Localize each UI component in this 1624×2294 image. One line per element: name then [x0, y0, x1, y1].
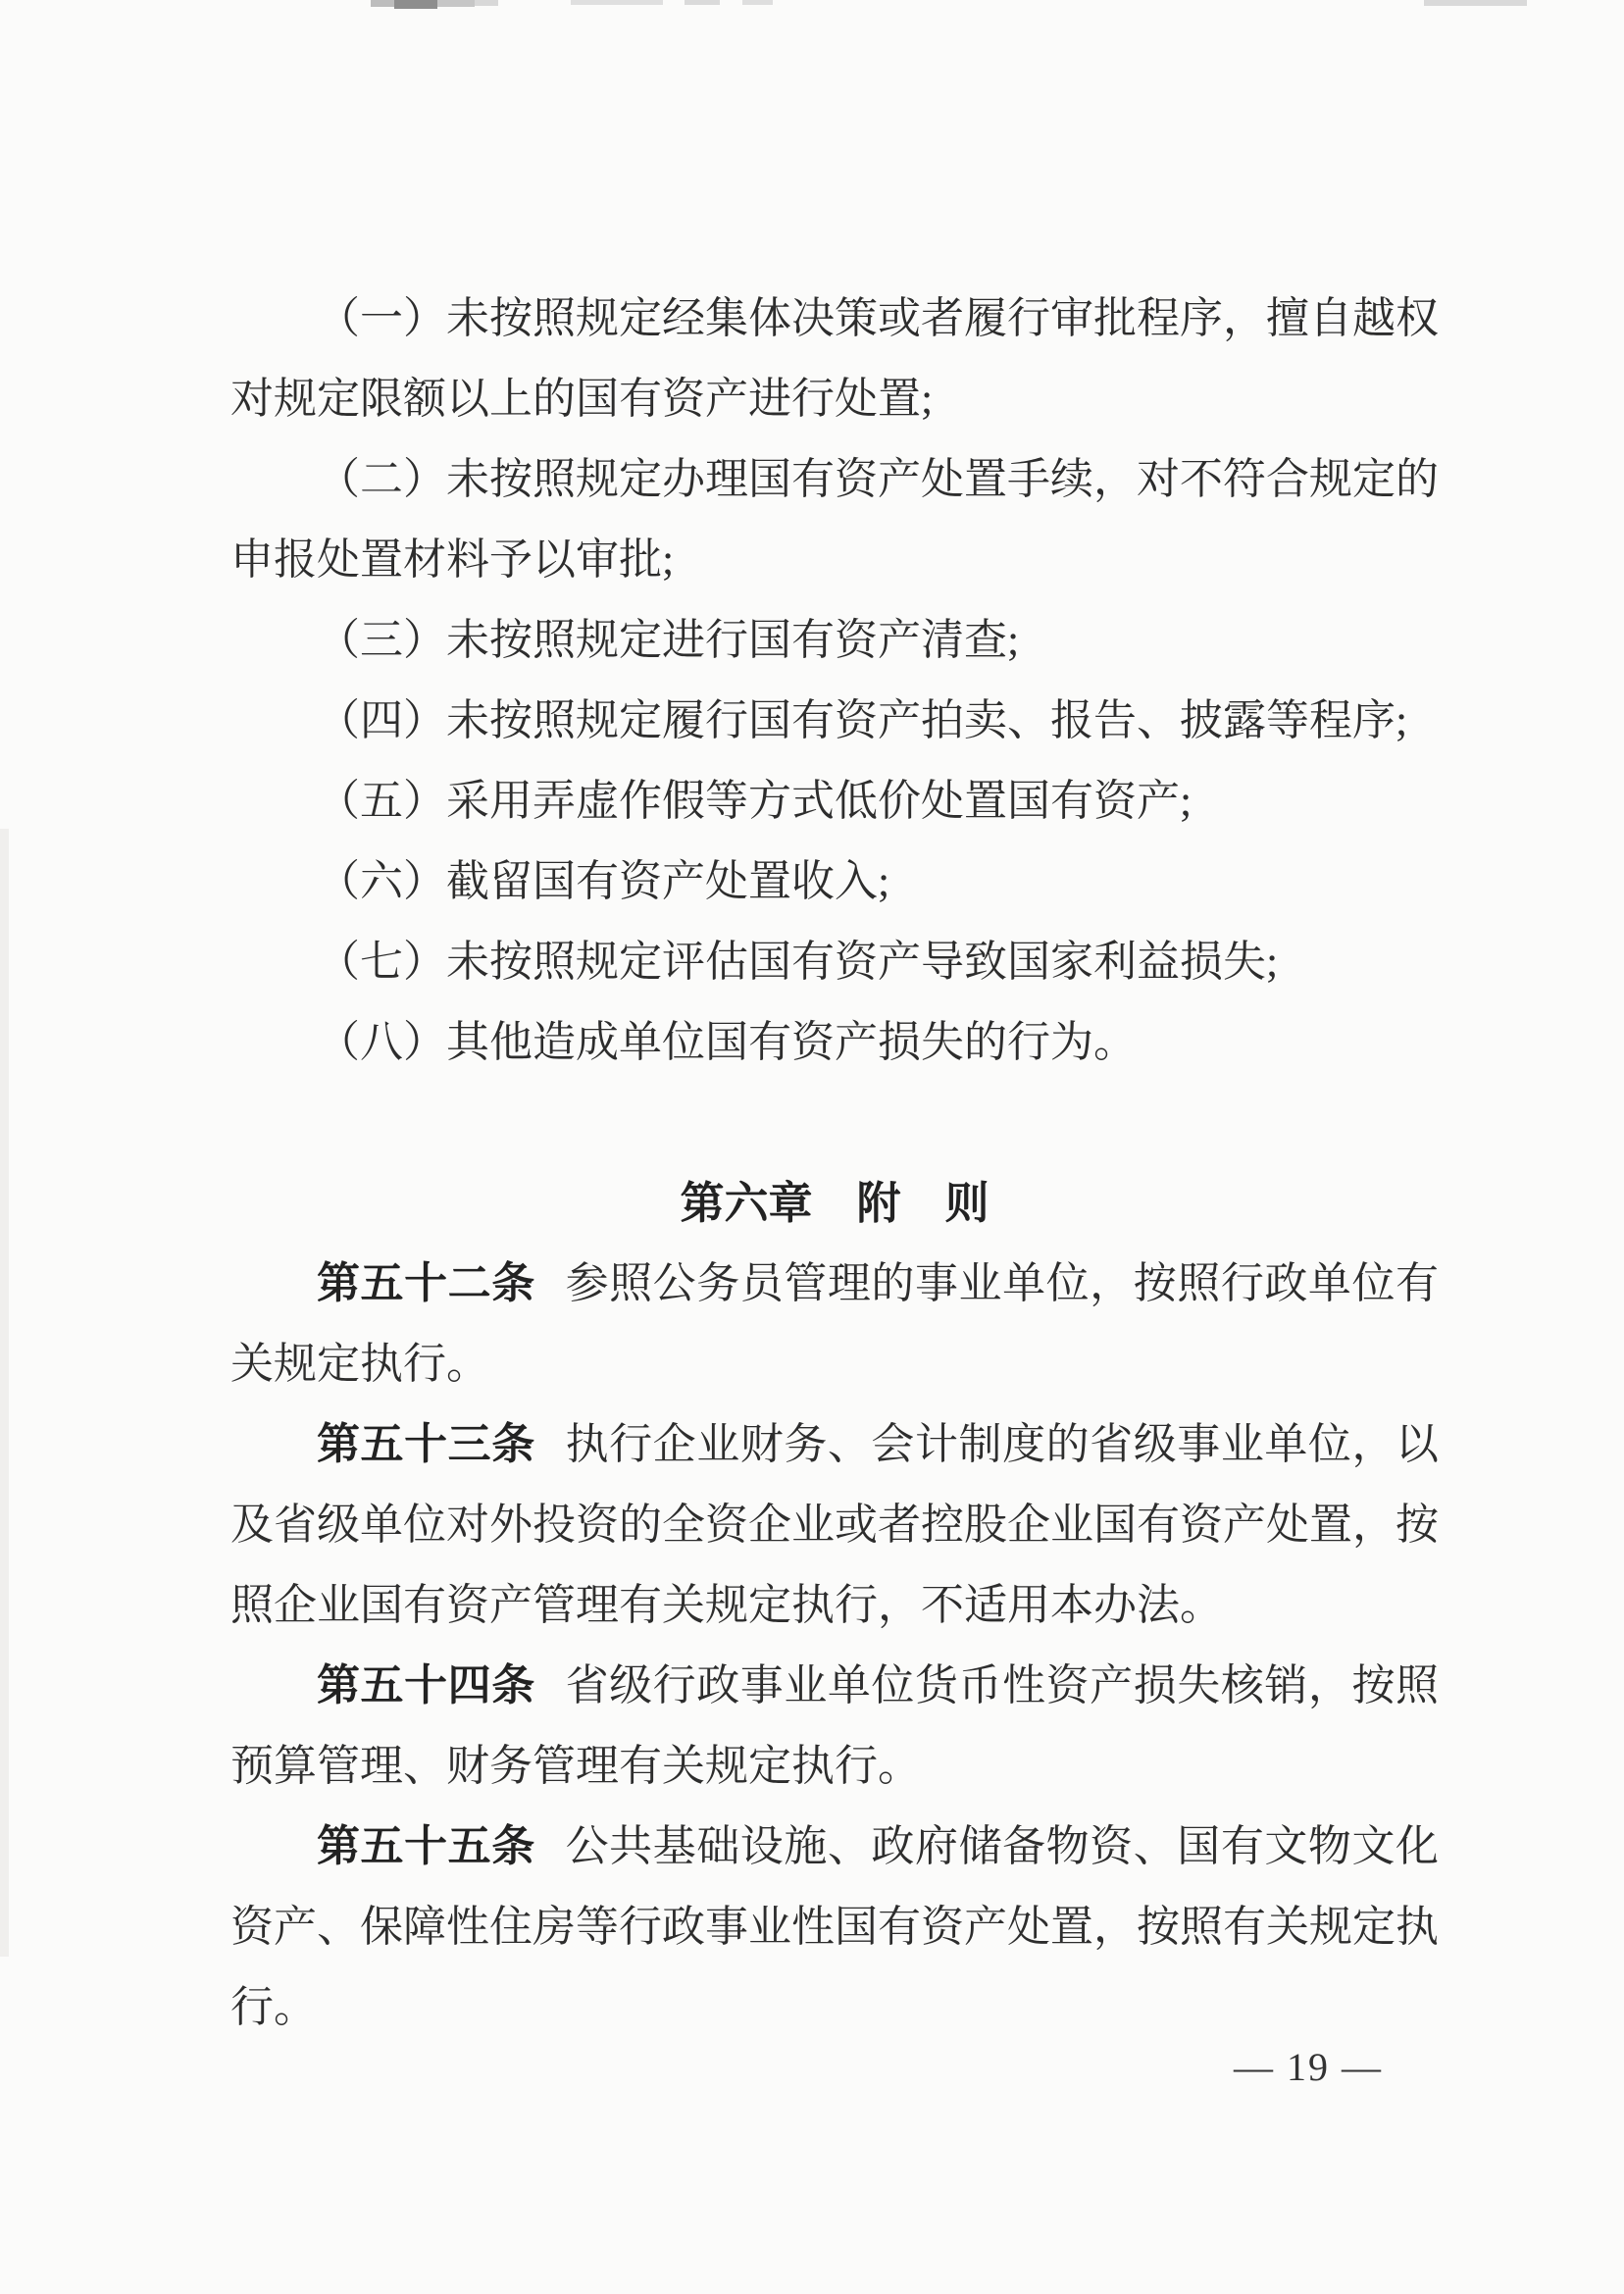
clause-paragraph-7: （七）未按照规定评估国有资产导致国家利益损失; [230, 922, 1439, 1002]
document-page: （一）未按照规定经集体决策或者履行审批程序，擅自越权对规定限额以上的国有资产进行… [0, 0, 1624, 2294]
chapter-heading: 第六章 附 则 [230, 1163, 1439, 1244]
clause-paragraph-1: （一）未按照规定经集体决策或者履行审批程序，擅自越权对规定限额以上的国有资产进行… [230, 279, 1439, 439]
clause-paragraph-2: （二）未按照规定办理国有资产处置手续，对不符合规定的申报处置材料予以审批; [230, 439, 1439, 600]
page-number: — 19 — [1234, 2046, 1383, 2089]
document-body: （一）未按照规定经集体决策或者履行审批程序，擅自越权对规定限额以上的国有资产进行… [230, 279, 1439, 2048]
scan-artifact [1424, 0, 1527, 6]
scan-artifact [685, 0, 720, 5]
scan-artifact [371, 0, 394, 7]
scan-artifact [742, 0, 773, 5]
article-number-label: 第五十三条 [317, 1420, 535, 1468]
article-paragraph-53: 第五十三条执行企业财务、会计制度的省级事业单位，以及省级单位对外投资的全资企业或… [230, 1404, 1439, 1646]
article-paragraph-52: 第五十二条参照公务员管理的事业单位，按照行政单位有关规定执行。 [230, 1244, 1439, 1404]
clause-paragraph-8: （八）其他造成单位国有资产损失的行为。 [230, 1002, 1439, 1083]
scan-artifact [437, 0, 475, 7]
article-paragraph-54: 第五十四条省级行政事业单位货币性资产损失核销，按照预算管理、财务管理有关规定执行… [230, 1646, 1439, 1807]
clause-paragraph-6: （六）截留国有资产处置收入; [230, 841, 1439, 922]
clause-paragraph-3: （三）未按照规定进行国有资产清查; [230, 600, 1439, 681]
scan-edge-shadow [0, 829, 9, 1957]
article-number-label: 第五十五条 [317, 1822, 535, 1870]
article-number-label: 第五十四条 [317, 1661, 535, 1709]
article-paragraph-55: 第五十五条公共基础设施、政府储备物资、国有文物文化资产、保障性住房等行政事业性国… [230, 1807, 1439, 2048]
clause-paragraph-4: （四）未按照规定履行国有资产拍卖、报告、披露等程序; [230, 681, 1439, 761]
scan-artifact [394, 0, 437, 9]
clause-paragraph-5: （五）采用弄虚作假等方式低价处置国有资产; [230, 761, 1439, 841]
article-number-label: 第五十二条 [317, 1259, 535, 1307]
scan-artifact [475, 0, 498, 6]
scan-artifact [571, 0, 663, 5]
